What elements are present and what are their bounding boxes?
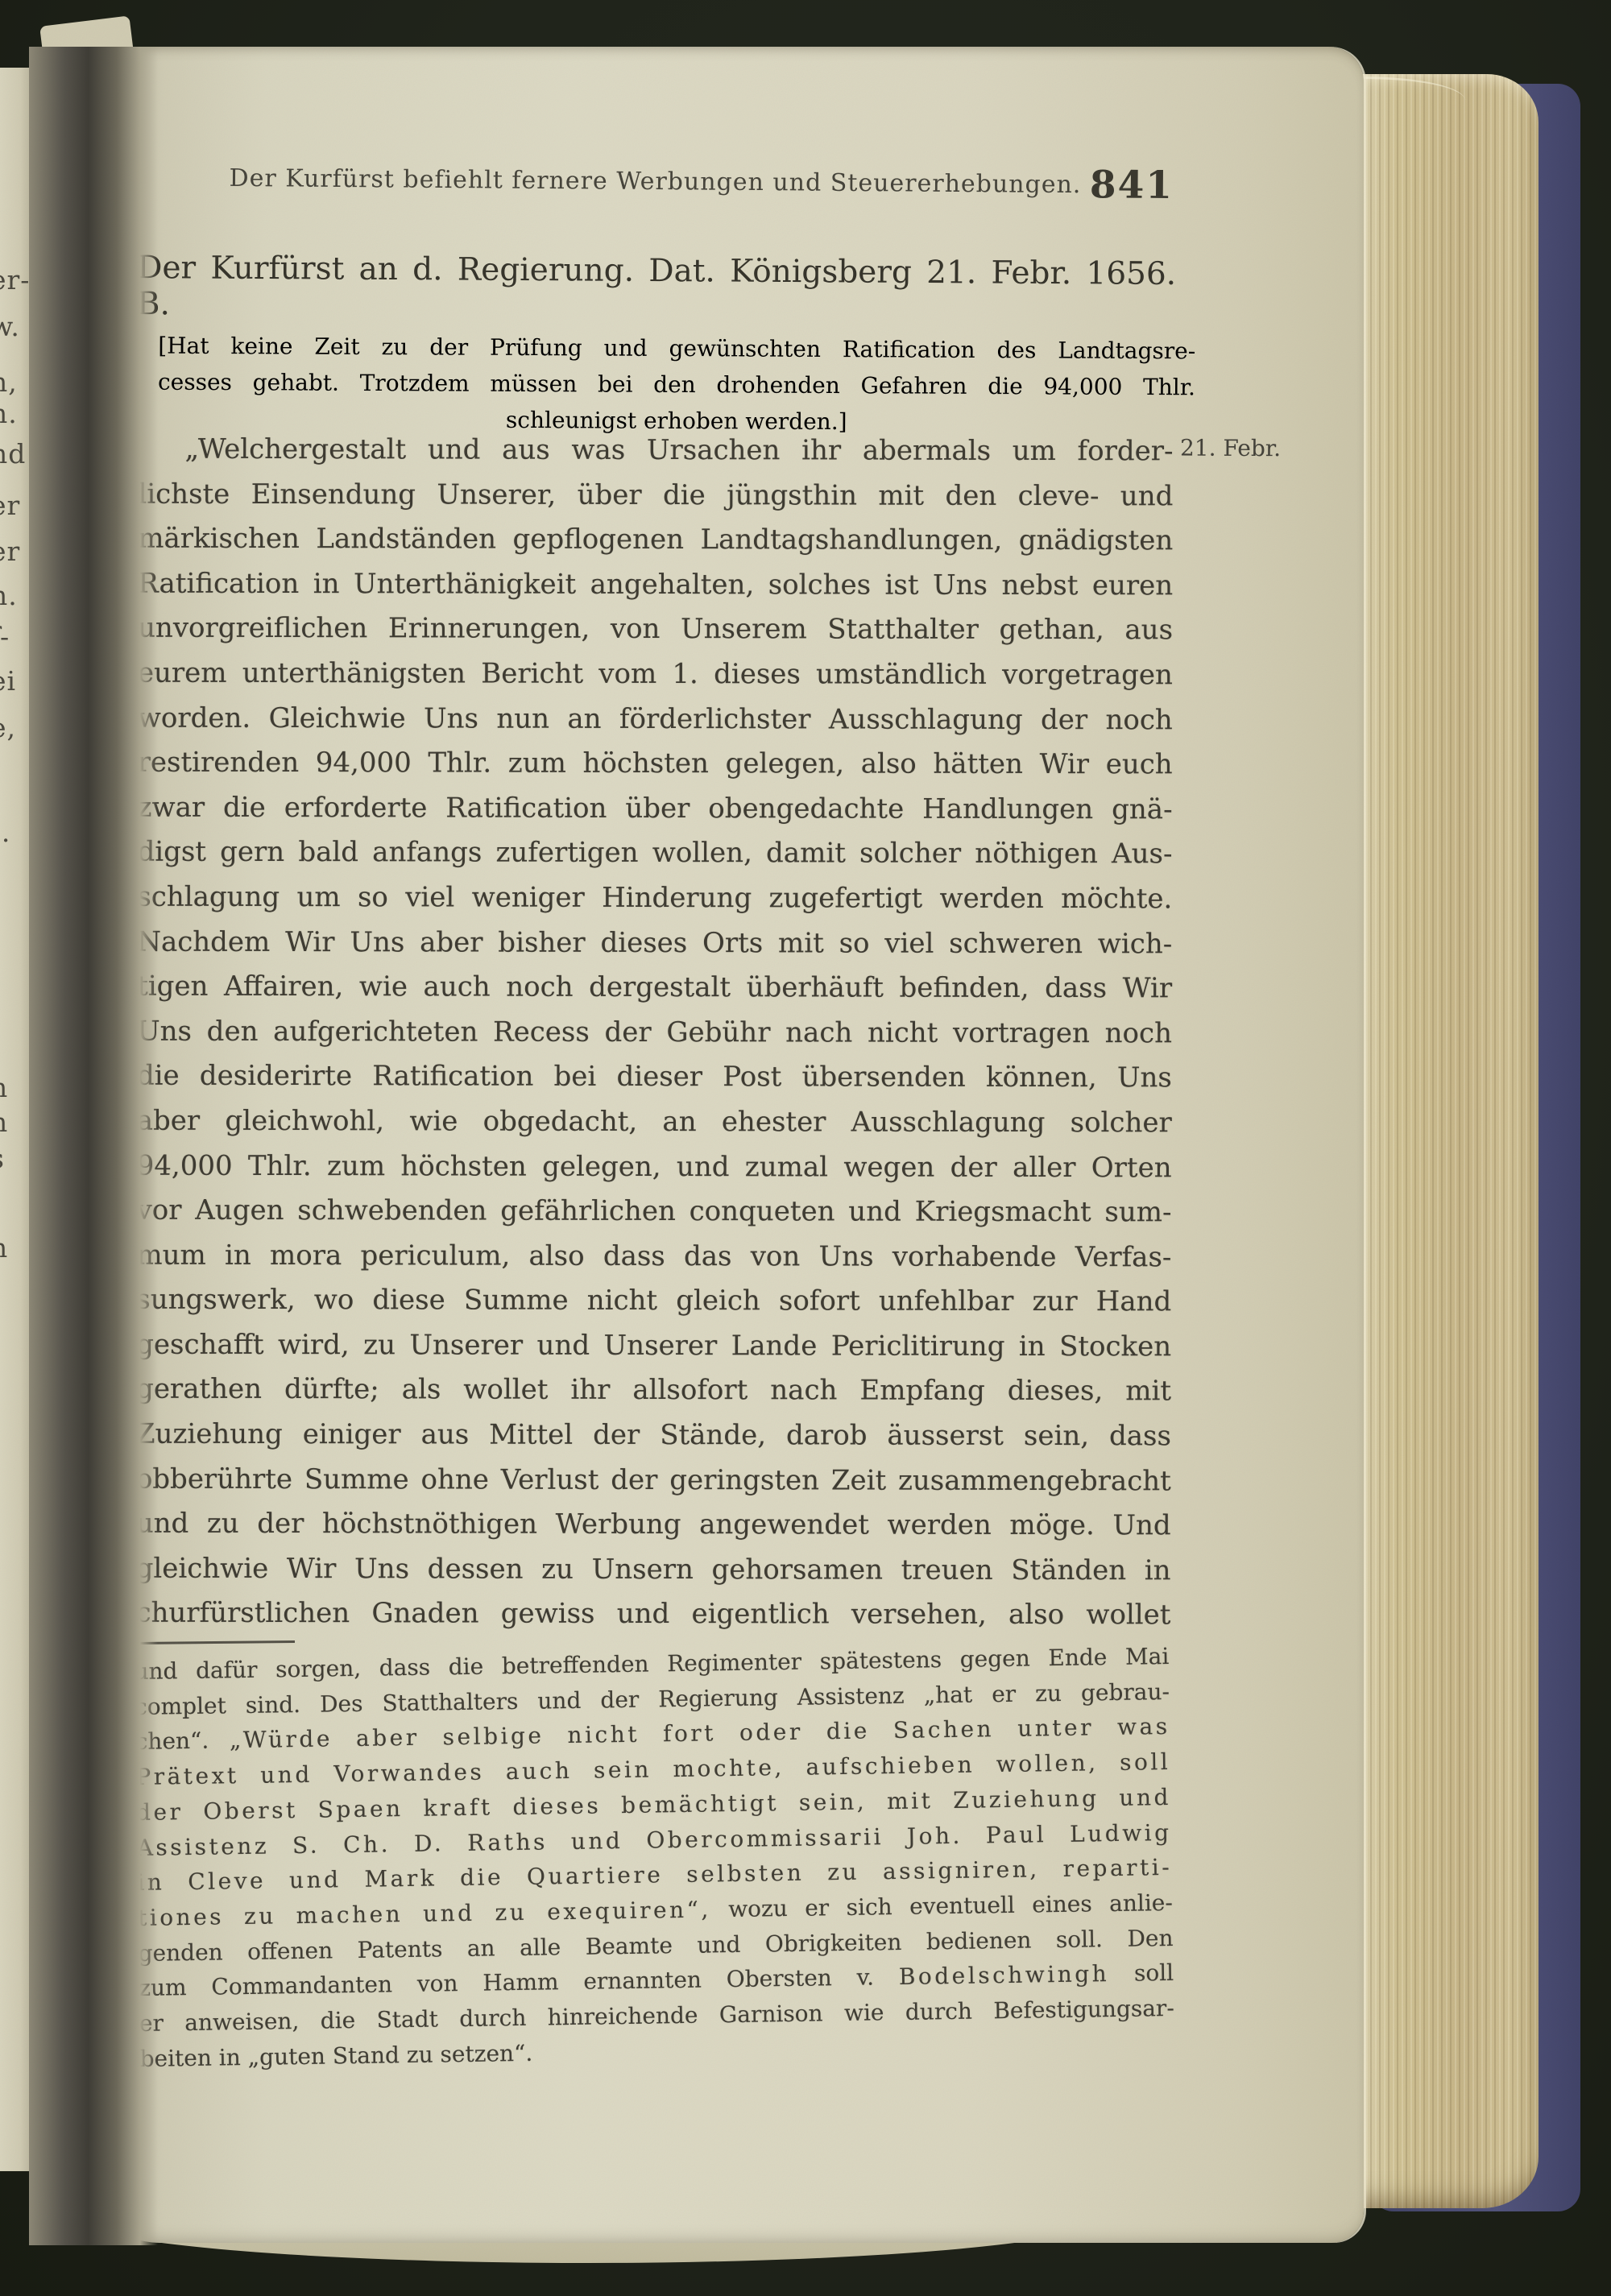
editorial-summary: [Hat keine Zeit zu der Prüfung und gewün… bbox=[158, 328, 1196, 442]
body-line: sungswerk, wo diese Summe nicht gleich s… bbox=[136, 1278, 1171, 1325]
body-line: schlagung um so viel weniger Hinderung z… bbox=[137, 875, 1172, 922]
left-page-fragment: i bbox=[0, 1280, 29, 1307]
body-line: churfürstlichen Gnaden gewiss und eigent… bbox=[135, 1591, 1170, 1638]
right-page: Der Kurfürst befiehlt fernere Werbungen … bbox=[87, 47, 1364, 2243]
margin-date-note: 21. Febr. bbox=[1180, 435, 1317, 462]
left-page-fragment: er- bbox=[0, 267, 29, 293]
body-line: gleichwie Wir Uns dessen zu Unsern gehor… bbox=[136, 1546, 1171, 1593]
left-page-fragment: ]. bbox=[0, 819, 29, 846]
body-line: tigen Affairen, wie auch noch dergestalt… bbox=[137, 965, 1172, 1011]
body-line: 94,000 Thlr. zum höchsten gelegen, und z… bbox=[137, 1144, 1172, 1190]
body-line: Ratification in Unterthänigkeit angehalt… bbox=[138, 561, 1173, 608]
body-line: „Welchergestalt und aus was Ursachen ihr… bbox=[138, 428, 1173, 474]
body-line: vor Augen schwebenden gefährlichen conqu… bbox=[136, 1189, 1171, 1235]
body-line: unvorgreiflichen Erinnerungen, von Unser… bbox=[138, 606, 1173, 653]
left-page-fragment: n. bbox=[0, 582, 29, 609]
body-line: restirenden 94,000 Thlr. zum höchsten ge… bbox=[138, 741, 1173, 788]
body-line: die desiderirte Ratification bei dieser … bbox=[137, 1054, 1172, 1101]
footnote-segment: beiten in „guten Stand zu setzen“. bbox=[139, 2039, 532, 2071]
running-head: Der Kurfürst befiehlt fernere Werbungen … bbox=[137, 163, 1174, 200]
left-page-fragment: ei bbox=[0, 668, 29, 694]
body-text: „Welchergestalt und aus was Ursachen ihr… bbox=[135, 428, 1173, 1639]
body-line: eurem unterthänigsten Bericht vom 1. die… bbox=[138, 652, 1173, 698]
body-line: lichste Einsendung Unserer, über die jün… bbox=[138, 472, 1173, 519]
book-photograph: er- w. n, n. nd er er n. f- ei e, ]. - -… bbox=[0, 0, 1611, 2296]
footnote: und dafür sorgen, dass die betreffenden … bbox=[134, 1639, 1175, 2076]
left-page-fragment: w. bbox=[0, 313, 29, 340]
body-line: und zu der höchstnöthigen Werbung angewe… bbox=[136, 1502, 1171, 1549]
left-page-fragment: nd bbox=[0, 441, 29, 467]
left-page-fragment: n bbox=[0, 1235, 29, 1261]
body-line: mum in mora periculum, also dass das von… bbox=[136, 1233, 1171, 1280]
left-page-fragment: - bbox=[0, 966, 29, 992]
footnote-segment: wozu er sich eventuell eines anlie- bbox=[711, 1889, 1174, 1922]
body-line: geschafft wird, zu Unserer und Unserer L… bbox=[136, 1323, 1171, 1370]
section-heading: Der Kurfürst an d. Regierung. Dat. König… bbox=[137, 250, 1177, 329]
footnote-segment: soll bbox=[1109, 1959, 1174, 1987]
body-line: gerathen dürfte; als wollet ihr allsofor… bbox=[136, 1367, 1171, 1414]
left-page-fragment: n, bbox=[0, 369, 29, 395]
left-page-fragment: er bbox=[0, 492, 29, 519]
body-line: aber gleichwohl, wie obgedacht, an ehest… bbox=[137, 1099, 1172, 1146]
summary-line: [Hat keine Zeit zu der Prüfung und gewün… bbox=[158, 328, 1195, 370]
body-line: zwar die erforderte Ratification über ob… bbox=[138, 785, 1173, 832]
body-line: worden. Gleichwie Uns nun an förderlichs… bbox=[138, 696, 1173, 743]
page-fore-edge bbox=[1344, 74, 1539, 2208]
body-line: märkischen Landständen gepflogenen Landt… bbox=[138, 517, 1173, 564]
left-page-fragment: - bbox=[0, 1188, 29, 1214]
left-page-fragment: f- bbox=[0, 623, 29, 650]
gutter-shadow bbox=[29, 47, 158, 2245]
left-page-fragment: s bbox=[0, 1145, 29, 1172]
body-line: Uns den aufgerichteten Recess der Gebühr… bbox=[137, 1009, 1172, 1056]
footnote-segment: Bodelschwingh bbox=[899, 1960, 1110, 1990]
left-page-fragment: h bbox=[0, 1074, 29, 1101]
body-line: Nachdem Wir Uns aber bisher dieses Orts … bbox=[137, 920, 1172, 966]
footnote-segment: tiones zu machen und zu exequiren“, bbox=[138, 1896, 711, 1931]
left-page-fragment: n bbox=[0, 1109, 29, 1136]
body-line: Zuziehung einiger aus Mittel der Stände,… bbox=[136, 1413, 1171, 1459]
body-line: obberührte Summe ohne Verlust der gering… bbox=[136, 1457, 1171, 1504]
page-number: 841 bbox=[1090, 163, 1174, 208]
summary-line: cesses gehabt. Trotzdem müssen bei den d… bbox=[158, 364, 1195, 406]
left-page-fragment: . bbox=[0, 1037, 29, 1064]
running-title: Der Kurfürst befiehlt fernere Werbungen … bbox=[229, 164, 1081, 199]
left-page-fragment: e, bbox=[0, 714, 29, 741]
body-line: digst gern bald anfangs zufertigen wolle… bbox=[137, 830, 1172, 877]
footnote-rule bbox=[137, 1640, 295, 1644]
left-page-fragment: n. bbox=[0, 400, 29, 427]
left-page-fragment: - bbox=[0, 1000, 29, 1027]
left-page-fragment: er bbox=[0, 538, 29, 565]
